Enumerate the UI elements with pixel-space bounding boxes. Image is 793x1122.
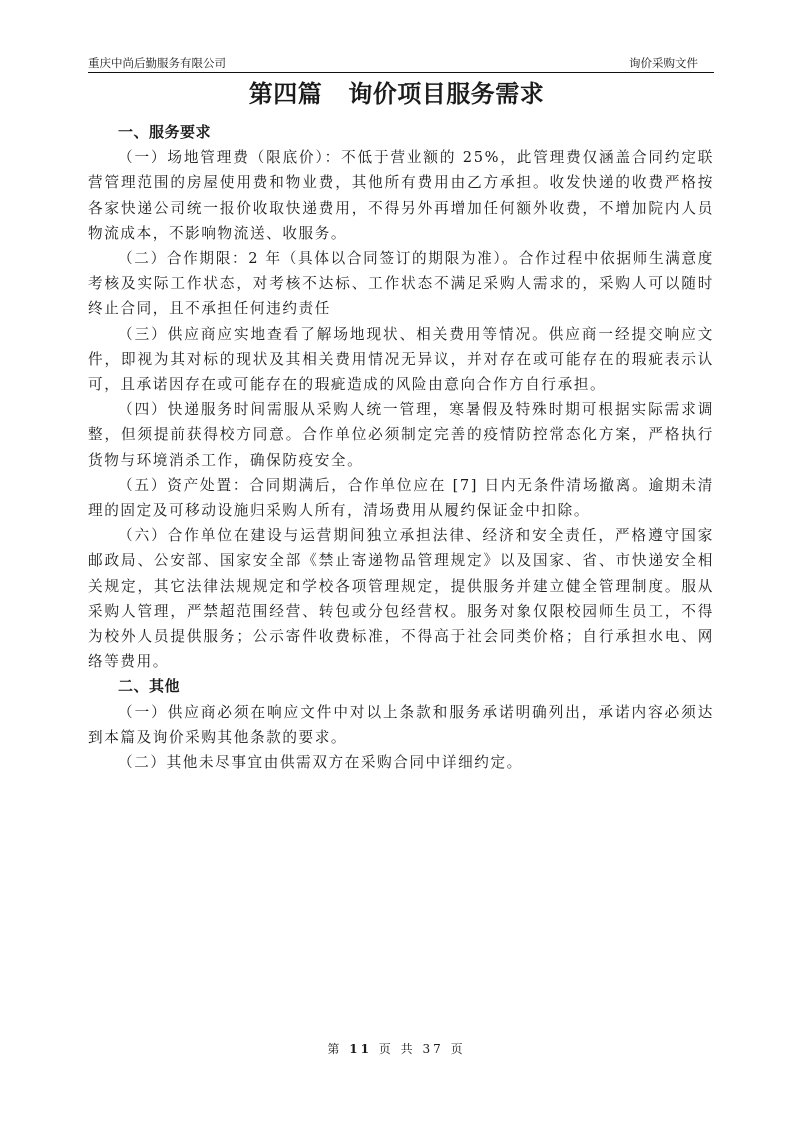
page-header: 重庆中尚后勤服务有限公司 询价采购文件 <box>88 55 714 73</box>
page-footer: 第 11 页 共 37 页 <box>0 1040 793 1057</box>
header-company: 重庆中尚后勤服务有限公司 <box>88 55 226 71</box>
footer-mid: 页 共 <box>379 1042 416 1056</box>
paragraph-service-hours: （四）快递服务时间需服从采购人统一管理，寒暑假及特殊时期可根据实际需求调整，但须… <box>88 397 714 473</box>
paragraph-cooperation-period: （二）合作期限：2 年（具体以合同签订的期限为准）。合作过程中依据师生满意度考核… <box>88 246 714 322</box>
footer-suffix: 页 <box>451 1042 466 1056</box>
paragraph-asset-disposal: （五）资产处置：合同期满后，合作单位应在 [7] 日内无条件清场撤离。逾期未清理… <box>88 473 714 523</box>
document-body: 一、服务要求 （一）场地管理费（限底价）：不低于营业额的 25%，此管理费仅涵盖… <box>88 120 714 775</box>
footer-page-current: 11 <box>349 1042 372 1056</box>
paragraph-supplier-commitment: （一）供应商必须在响应文件中对以上条款和服务承诺明确列出，承诺内容必须达到本篇及… <box>88 700 714 750</box>
footer-page-total: 37 <box>422 1042 443 1056</box>
page-title: 第四篇询价项目服务需求 <box>0 78 793 110</box>
paragraph-other-matters: （二）其他未尽事宜由供需双方在采购合同中详细约定。 <box>88 750 714 775</box>
section-heading-service-requirements: 一、服务要求 <box>88 120 714 145</box>
header-doc-type: 询价采购文件 <box>629 55 698 71</box>
paragraph-management-fee: （一）场地管理费（限底价）：不低于营业额的 25%，此管理费仅涵盖合同约定联营管… <box>88 145 714 246</box>
footer-prefix: 第 <box>327 1042 342 1056</box>
paragraph-legal-responsibility: （六）合作单位在建设与运营期间独立承担法律、经济和安全责任，严格遵守国家邮政局、… <box>88 523 714 674</box>
title-name: 询价项目服务需求 <box>348 79 544 108</box>
section-heading-other: 二、其他 <box>88 674 714 699</box>
paragraph-site-inspection: （三）供应商应实地查看了解场地现状、相关费用等情况。供应商一经提交响应文件，即视… <box>88 322 714 398</box>
title-part: 第四篇 <box>249 79 323 108</box>
